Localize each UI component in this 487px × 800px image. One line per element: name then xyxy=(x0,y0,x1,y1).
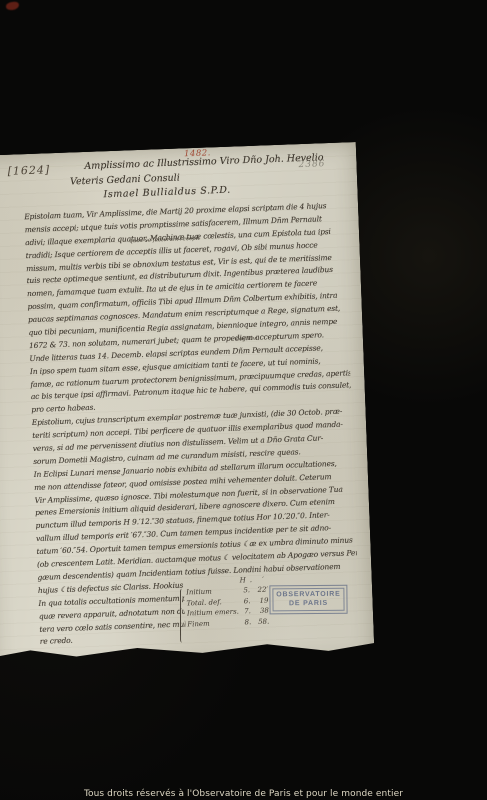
table-minute-value: 38 xyxy=(251,606,269,617)
table-minute-value: 22′ xyxy=(250,585,268,596)
table-brace-line xyxy=(180,589,184,643)
table-hour-value: 5. xyxy=(238,585,250,596)
table-minute-value: 19 xyxy=(250,595,268,606)
table-hour-value: 6. xyxy=(238,596,250,607)
observatoire-de-paris-stamp: OBSERVATOIRE DE PARIS xyxy=(269,585,347,615)
stamp-text-line: OBSERVATOIRE xyxy=(274,591,342,600)
red-ink-corner-mark xyxy=(6,1,20,11)
copyright-caption: Tous droits réservés à l'Observatoire de… xyxy=(0,789,487,799)
stamp-text-line: DE PARIS xyxy=(274,599,342,608)
eclipse-observation-table: H. ′ Initium 5. 22′ Total. def. 6. 19 In… xyxy=(186,576,270,630)
interline-insertion: cognovi xyxy=(236,336,258,343)
letter-heading: Amplissimo ac Illustrissimo Viro Dño Joh… xyxy=(0,150,358,207)
manuscript-photograph: [1624] 1482. 2386 Amplissimo ac Illustri… xyxy=(0,0,487,800)
stamp-inner-border: OBSERVATOIRE DE PARIS xyxy=(272,588,344,612)
table-row-label: Finem xyxy=(187,617,239,629)
table-hour-value: 7. xyxy=(239,606,251,617)
table-minute-value: 58. xyxy=(251,616,269,627)
manuscript-page: [1624] 1482. 2386 Amplissimo ac Illustri… xyxy=(0,142,375,676)
table-hour-value: 8. xyxy=(239,617,251,628)
